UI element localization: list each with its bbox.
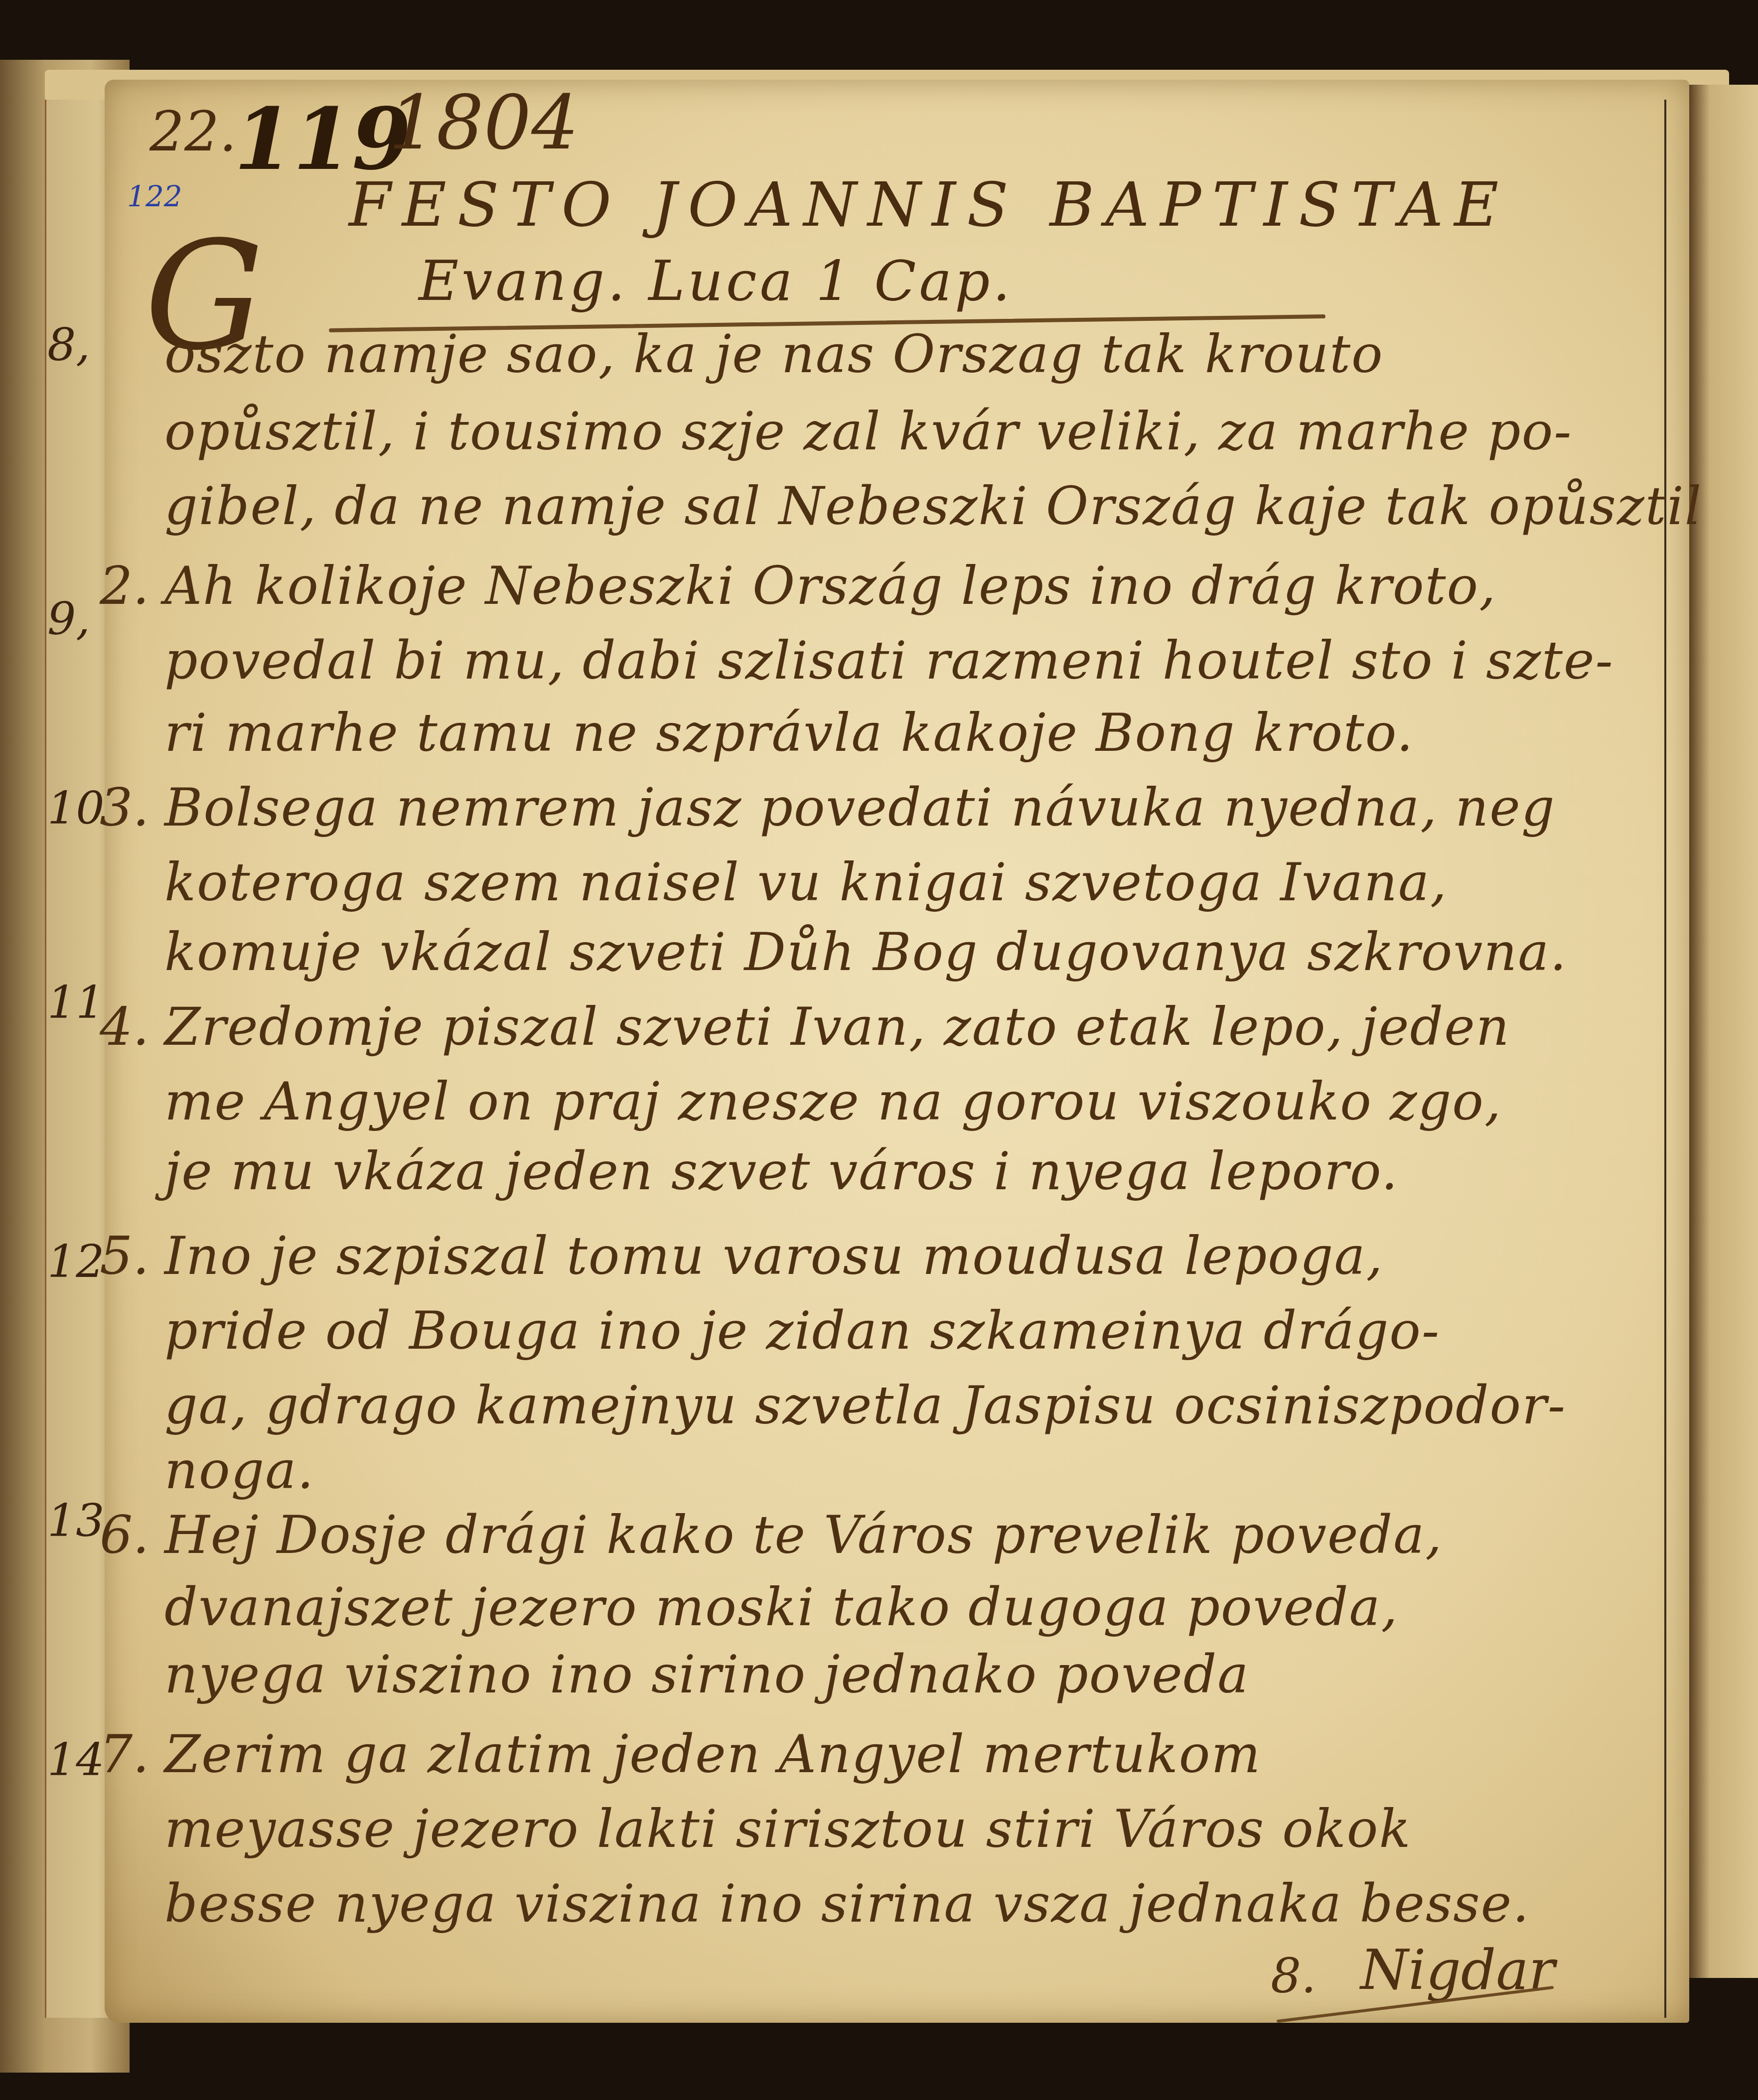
verse-line: dvanajszet jezero moski tako dugoga pove… <box>164 1577 1399 1638</box>
binding-thread <box>1664 100 1666 2018</box>
verse-line: Ino je szpiszal tomu varosu moudusa lepo… <box>164 1226 1383 1286</box>
facing-page-edge <box>1689 85 1758 1978</box>
stanza-number: 6. <box>100 1505 149 1565</box>
catchword-number: 8. <box>1271 1948 1317 2004</box>
catalog-number: 122 <box>127 179 182 213</box>
verse-line: ri marhe tamu ne szprávla kakoje Bong kr… <box>164 702 1414 763</box>
verse-line: besse nyega viszina ino sirina vsza jedn… <box>164 1873 1530 1934</box>
verse-line: gibel, da ne namje sal Nebeszki Ország k… <box>164 476 1702 537</box>
verse-line: noga. <box>164 1440 314 1501</box>
verse-line: ga, gdrago kamejnyu szvetla Jaspisu ocsi… <box>164 1375 1566 1436</box>
verse-line: komuje vkázal szveti Důh Bog dugovanya s… <box>164 922 1567 982</box>
verse-line: meyasse jezero lakti sirisztou stiri Vár… <box>164 1799 1411 1859</box>
verse-line: nyega viszino ino sirino jednako poveda <box>164 1644 1249 1705</box>
verse-line: me Angyel on praj znesze na gorou viszou… <box>164 1071 1502 1132</box>
stanza-number: 7. <box>100 1724 149 1785</box>
stanza-number: 3. <box>100 777 149 838</box>
verse-line: pride od Bouga ino je zidan szkameinya d… <box>164 1300 1440 1361</box>
verse-line: Ah kolikoje Nebeszki Ország leps ino drá… <box>164 556 1496 616</box>
verse-line: koteroga szem naisel vu knigai szvetoga … <box>164 852 1448 913</box>
verse-line: Hej Dosje drági kako te Város prevelik p… <box>164 1505 1443 1565</box>
verse-line: Zredomje piszal szveti Ivan, zato etak l… <box>164 996 1510 1057</box>
verse-line: opůsztil, i tousimo szje zal kvár veliki… <box>164 401 1572 462</box>
margin-number: 8, <box>47 319 90 371</box>
verse-line: Bolsega nemrem jasz povedati návuka nyed… <box>164 777 1555 838</box>
verse-line: oszto namje sao, ka je nas Orszag tak kr… <box>164 324 1384 385</box>
stanza-number: 2. <box>100 556 149 616</box>
old-folio-number: 22. <box>149 100 237 163</box>
catchword: Nigdar <box>1360 1938 1555 2002</box>
verse-line: Zerim ga zlatim jeden Angyel mertukom <box>164 1724 1261 1785</box>
gospel-reference: Evang. Luca 1 Cap. <box>419 249 1013 313</box>
stanza-number: 5. <box>100 1226 149 1286</box>
year: 1804 <box>389 80 579 166</box>
margin-number: 9, <box>47 593 90 645</box>
feast-title: FESTO JOANNIS BAPTISTAE <box>349 169 1509 240</box>
stanza-number: 4. <box>100 996 149 1057</box>
verse-line: je mu vkáza jeden szvet város i nyega le… <box>164 1141 1399 1202</box>
verse-line: povedal bi mu, dabi szlisati razmeni hou… <box>164 630 1614 691</box>
